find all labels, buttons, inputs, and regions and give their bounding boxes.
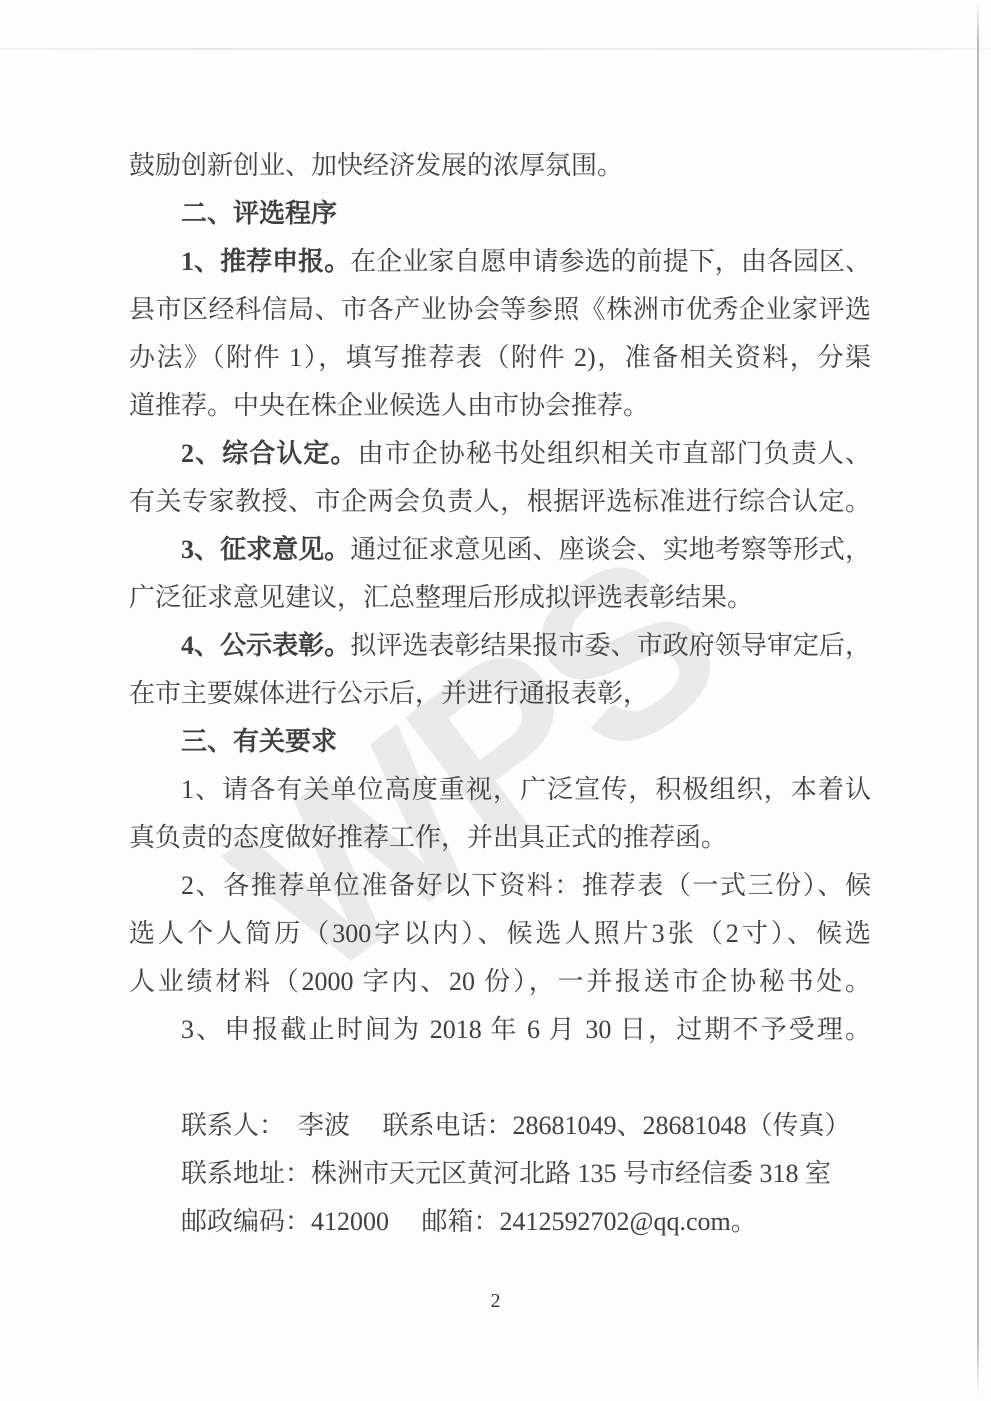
text-line: 县市区经科信局、市各产业协会等参照《株洲市优秀企业家评选 bbox=[129, 286, 871, 334]
scanned-document-page: WPS 鼓励创新创业、加快经济发展的浓厚氛围。 二、评选程序 1、推荐申报。在企… bbox=[0, 0, 991, 1401]
line-bold-text: 2、综合认定。 bbox=[181, 439, 358, 468]
line-bold-text: 4、公示表彰。 bbox=[181, 631, 350, 660]
text-line: 3、征求意见。通过征求意见函、座谈会、实地考察等形式， bbox=[129, 526, 871, 574]
text-line: 人业绩材料（2000 字内、20 份），一并报送市企协秘书处。 bbox=[129, 958, 871, 1006]
text-line: 道推荐。中央在株企业候选人由市协会推荐。 bbox=[129, 382, 871, 430]
line-text: 2、各推荐单位准备好以下资料：推荐表（一式三份）、候 bbox=[181, 871, 871, 900]
text-line: 有关专家教授、市企两会负责人，根据评选标准进行综合认定。 bbox=[129, 478, 871, 526]
line-text: 在企业家自愿申请参选的前提下，由各园区、 bbox=[350, 247, 871, 276]
contact-address-line: 联系地址：株洲市天元区黄河北路 135 号市经信委 318 室 bbox=[129, 1150, 871, 1198]
scan-artifact-horizontal-line bbox=[0, 48, 991, 50]
contact-person-line: 联系人： 李波 联系电话：28681049、28681048（传真） bbox=[129, 1102, 871, 1150]
text-line: 2、综合认定。由市企协秘书处组织相关市直部门负责人、 bbox=[129, 430, 871, 478]
line-text: 鼓励创新创业、加快经济发展的浓厚氛围。 bbox=[129, 151, 623, 180]
text-line: 4、公示表彰。拟评选表彰结果报市委、市政府领导审定后， bbox=[129, 622, 871, 670]
line-text: 县市区经科信局、市各产业协会等参照《株洲市优秀企业家评选 bbox=[129, 295, 871, 324]
line-text: 通过征求意见函、座谈会、实地考察等形式， bbox=[350, 535, 871, 564]
text-line: 2、各推荐单位准备好以下资料：推荐表（一式三份）、候 bbox=[129, 862, 871, 910]
text-line: 1、请各有关单位高度重视，广泛宣传，积极组织，本着认 bbox=[129, 766, 871, 814]
line-text: 道推荐。中央在株企业候选人由市协会推荐。 bbox=[129, 391, 649, 420]
scan-artifact-vertical-line bbox=[977, 3, 979, 1395]
line-text: 在市主要媒体进行公示后，并进行通报表彰， bbox=[129, 679, 649, 708]
line-text: 1、请各有关单位高度重视，广泛宣传，积极组织，本着认 bbox=[181, 775, 871, 804]
text-line: 1、推荐申报。在企业家自愿申请参选的前提下，由各园区、 bbox=[129, 238, 871, 286]
document-body: 鼓励创新创业、加快经济发展的浓厚氛围。 二、评选程序 1、推荐申报。在企业家自愿… bbox=[129, 142, 871, 1246]
section-heading: 三、有关要求 bbox=[129, 718, 871, 766]
line-text: 拟评选表彰结果报市委、市政府领导审定后， bbox=[350, 631, 871, 660]
line-bold-text: 3、征求意见。 bbox=[181, 535, 350, 564]
line-text: 广泛征求意见建议，汇总整理后形成拟评选表彰结果。 bbox=[129, 583, 753, 612]
blank-line bbox=[129, 1054, 871, 1102]
line-text: 有关专家教授、市企两会负责人，根据评选标准进行综合认定。 bbox=[129, 487, 871, 516]
line-bold-text: 三、有关要求 bbox=[181, 727, 337, 756]
contact-postcode-email-line: 邮政编码：412000 邮箱：2412592702@qq.com。 bbox=[129, 1198, 871, 1246]
page-number: 2 bbox=[0, 1290, 991, 1313]
text-line: 广泛征求意见建议，汇总整理后形成拟评选表彰结果。 bbox=[129, 574, 871, 622]
text-line: 选人个人简历（300字以内）、候选人照片3张（2寸）、候选 bbox=[129, 910, 871, 958]
line-text: 真负责的态度做好推荐工作，并出具正式的推荐函。 bbox=[129, 823, 727, 852]
line-text: 人业绩材料（2000 字内、20 份），一并报送市企协秘书处。 bbox=[129, 967, 871, 996]
text-line: 在市主要媒体进行公示后，并进行通报表彰， bbox=[129, 670, 871, 718]
text-line: 3、申报截止时间为 2018 年 6 月 30 日，过期不予受理。 bbox=[129, 1006, 871, 1054]
line-text: 3、申报截止时间为 2018 年 6 月 30 日，过期不予受理。 bbox=[181, 1015, 871, 1044]
line-text: 办法》（附件 1），填写推荐表（附件 2)，准备相关资料，分渠 bbox=[129, 343, 871, 372]
text-line: 办法》（附件 1），填写推荐表（附件 2)，准备相关资料，分渠 bbox=[129, 334, 871, 382]
line-bold-text: 1、推荐申报。 bbox=[181, 247, 350, 276]
text-line: 真负责的态度做好推荐工作，并出具正式的推荐函。 bbox=[129, 814, 871, 862]
text-line: 鼓励创新创业、加快经济发展的浓厚氛围。 bbox=[129, 142, 871, 190]
section-heading: 二、评选程序 bbox=[129, 190, 871, 238]
line-text: 选人个人简历（300字以内）、候选人照片3张（2寸）、候选 bbox=[129, 919, 871, 948]
line-bold-text: 二、评选程序 bbox=[181, 199, 337, 228]
line-text: 由市企协秘书处组织相关市直部门负责人、 bbox=[358, 439, 871, 468]
